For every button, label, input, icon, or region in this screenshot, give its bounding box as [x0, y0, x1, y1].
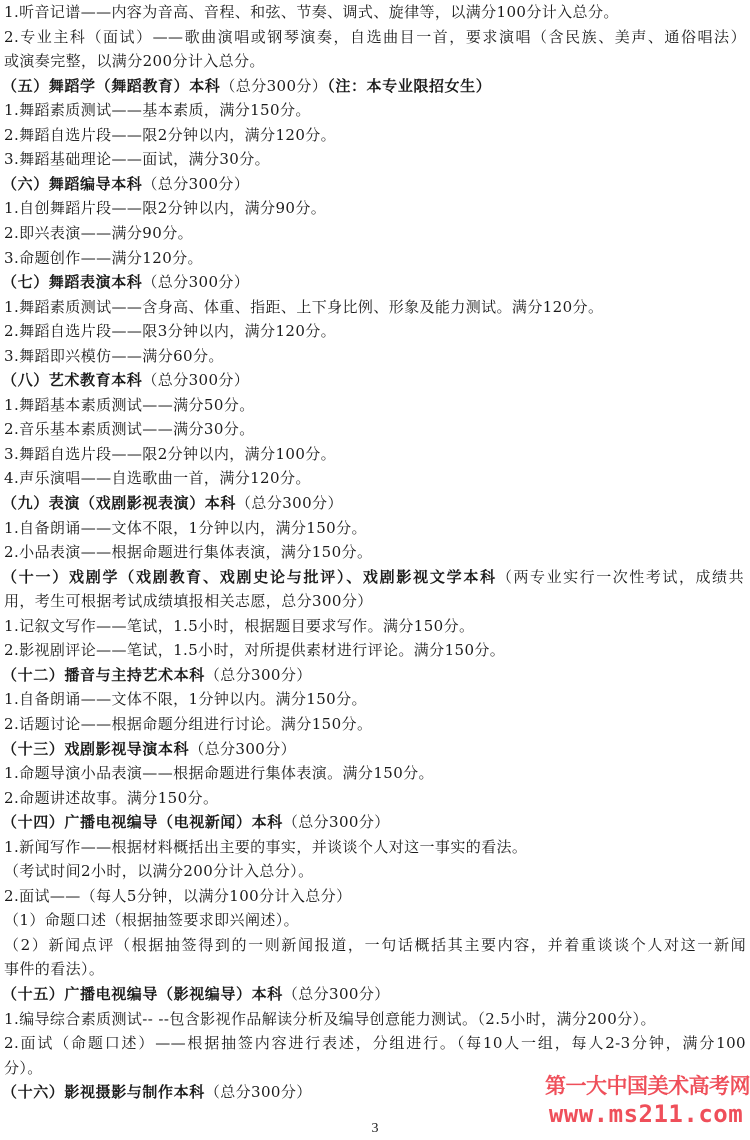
text-line: 1.自备朗诵——文体不限，1分钟以内。满分150分。 — [4, 687, 746, 711]
text-line: （考试时间2小时，以满分200分计入总分）。 — [4, 859, 746, 883]
section-total: （总分300分） — [205, 1083, 312, 1101]
section-heading-8: （八）艺术教育本科（总分300分） — [2, 368, 744, 392]
section-heading-6: （六）舞蹈编导本科（总分300分） — [2, 172, 744, 196]
section-title: （十三）戏剧影视导演本科 — [2, 740, 189, 758]
text-line: 3.命题创作——满分120分。 — [4, 246, 746, 270]
text-line: 2.面试——（每人5分钟，以满分100分计入总分） — [4, 884, 746, 908]
section-total: （两专业实行一次性考试，成绩共 — [497, 568, 744, 586]
text-line: 4.声乐演唱——自选歌曲一首，满分120分。 — [4, 466, 746, 490]
text-line: 2.音乐基本素质测试——满分30分。 — [4, 417, 746, 441]
section-total: （总分300分） — [283, 813, 390, 831]
section-heading-14: （十四）广播电视编导（电视新闻）本科（总分300分） — [2, 810, 744, 834]
text-line: 2.小品表演——根据命题进行集体表演，满分150分。 — [4, 540, 746, 564]
text-line: 1.听音记谱——内容为音高、音程、和弦、节奏、调式、旋律等，以满分100分计入总… — [4, 0, 746, 24]
section-total: （总分300分） — [283, 985, 390, 1003]
text-line: 1.自创舞蹈片段——限2分钟以内，满分90分。 — [4, 196, 746, 220]
section-title: （七）舞蹈表演本科 — [2, 273, 142, 291]
text-line: 3.舞蹈自选片段——限2分钟以内，满分100分。 — [4, 442, 746, 466]
text-line: 1.舞蹈素质测试——含身高、体重、指距、上下身比例、形象及能力测试。满分120分… — [4, 295, 746, 319]
text-line: 用，考生可根据考试成绩填报相关志愿，总分300分） — [4, 589, 746, 613]
section-heading-11: （十一）戏剧学（戏剧教育、戏剧史论与批评）、戏剧影视文学本科（两专业实行一次性考… — [2, 565, 744, 589]
section-total: （总分300分） — [205, 666, 312, 684]
watermark-url: www.ms211.com — [545, 1099, 747, 1129]
text-line: 2.即兴表演——满分90分。 — [4, 221, 746, 245]
text-line: 1.舞蹈素质测试——基本素质，满分150分。 — [4, 98, 746, 122]
section-title: （十五）广播电视编导（影视编导）本科 — [2, 985, 283, 1003]
text-line: 2.命题讲述故事。满分150分。 — [4, 786, 746, 810]
section-heading-7: （七）舞蹈表演本科（总分300分） — [2, 270, 744, 294]
section-title: （五）舞蹈学（舞蹈教育）本科 — [2, 77, 220, 95]
text-line: 1.记叙文写作——笔试，1.5小时，根据题目要求写作。满分150分。 — [4, 614, 746, 638]
watermark-site-name: 第一大中国美术高考网 — [545, 1073, 747, 1099]
text-line: 2.话题讨论——根据命题分组进行讨论。满分150分。 — [4, 712, 746, 736]
section-total: （总分300分） — [142, 371, 249, 389]
text-line: 2.舞蹈自选片段——限2分钟以内，满分120分。 — [4, 123, 746, 147]
section-title: （十四）广播电视编导（电视新闻）本科 — [2, 813, 283, 831]
text-line: 3.舞蹈即兴模仿——满分60分。 — [4, 344, 746, 368]
section-heading-12: （十二）播音与主持艺术本科（总分300分） — [2, 663, 744, 687]
section-heading-13: （十三）戏剧影视导演本科（总分300分） — [2, 737, 744, 761]
section-total: （总分300分） — [189, 740, 296, 758]
section-title: （六）舞蹈编导本科 — [2, 175, 142, 193]
section-heading-9: （九）表演（戏剧影视表演）本科（总分300分） — [2, 491, 744, 515]
text-line: （1）命题口述（根据抽签要求即兴阐述）。 — [4, 908, 746, 932]
text-line: 2.面试（命题口述）——根据抽签内容进行表述，分组进行。（每10人一组，每人2-… — [4, 1031, 746, 1055]
section-total: （总分300分） — [220, 77, 327, 95]
section-total: （总分300分） — [236, 494, 343, 512]
text-line: 2.影视剧评论——笔试，1.5小时，对所提供素材进行评论。满分150分。 — [4, 638, 746, 662]
text-line: 1.自备朗诵——文体不限，1分钟以内，满分150分。 — [4, 516, 746, 540]
text-line: 或演奏完整，以满分200分计入总分。 — [4, 49, 746, 73]
text-line: 1.舞蹈基本素质测试——满分50分。 — [4, 393, 746, 417]
section-title: （八）艺术教育本科 — [2, 371, 142, 389]
section-note: （注：本专业限招女生） — [327, 77, 491, 95]
text-line: 2.舞蹈自选片段——限3分钟以内，满分120分。 — [4, 319, 746, 343]
text-line: 1.命题导演小品表演——根据命题进行集体表演。满分150分。 — [4, 761, 746, 785]
section-total: （总分300分） — [142, 175, 249, 193]
page-number: 3 — [368, 1119, 382, 1139]
document-page: 1.听音记谱——内容为音高、音程、和弦、节奏、调式、旋律等，以满分100分计入总… — [0, 0, 750, 1140]
text-line: 3.舞蹈基础理论——面试，满分30分。 — [4, 147, 746, 171]
text-line: （2）新闻点评（根据抽签得到的一则新闻报道，一句话概括其主要内容，并着重谈谈个人… — [4, 933, 746, 957]
section-title: （十六）影视摄影与制作本科 — [2, 1083, 205, 1101]
watermark: 第一大中国美术高考网 www.ms211.com — [545, 1073, 747, 1129]
section-heading-15: （十五）广播电视编导（影视编导）本科（总分300分） — [2, 982, 744, 1006]
section-title: （九）表演（戏剧影视表演）本科 — [2, 494, 236, 512]
section-heading-5: （五）舞蹈学（舞蹈教育）本科（总分300分）（注：本专业限招女生） — [2, 74, 744, 98]
text-line: 1.编导综合素质测试-- --包含影视作品解读分析及编导创意能力测试。（2.5小… — [4, 1007, 746, 1031]
text-line: 1.新闻写作——根据材料概括出主要的事实，并谈谈个人对这一事实的看法。 — [4, 835, 746, 859]
text-line: 事件的看法）。 — [4, 957, 746, 981]
section-total: （总分300分） — [142, 273, 249, 291]
text-line: 2.专业主科（面试）——歌曲演唱或钢琴演奏，自选曲目一首，要求演唱（含民族、美声… — [4, 25, 746, 49]
section-title: （十一）戏剧学（戏剧教育、戏剧史论与批评）、戏剧影视文学本科 — [2, 568, 497, 586]
section-title: （十二）播音与主持艺术本科 — [2, 666, 205, 684]
